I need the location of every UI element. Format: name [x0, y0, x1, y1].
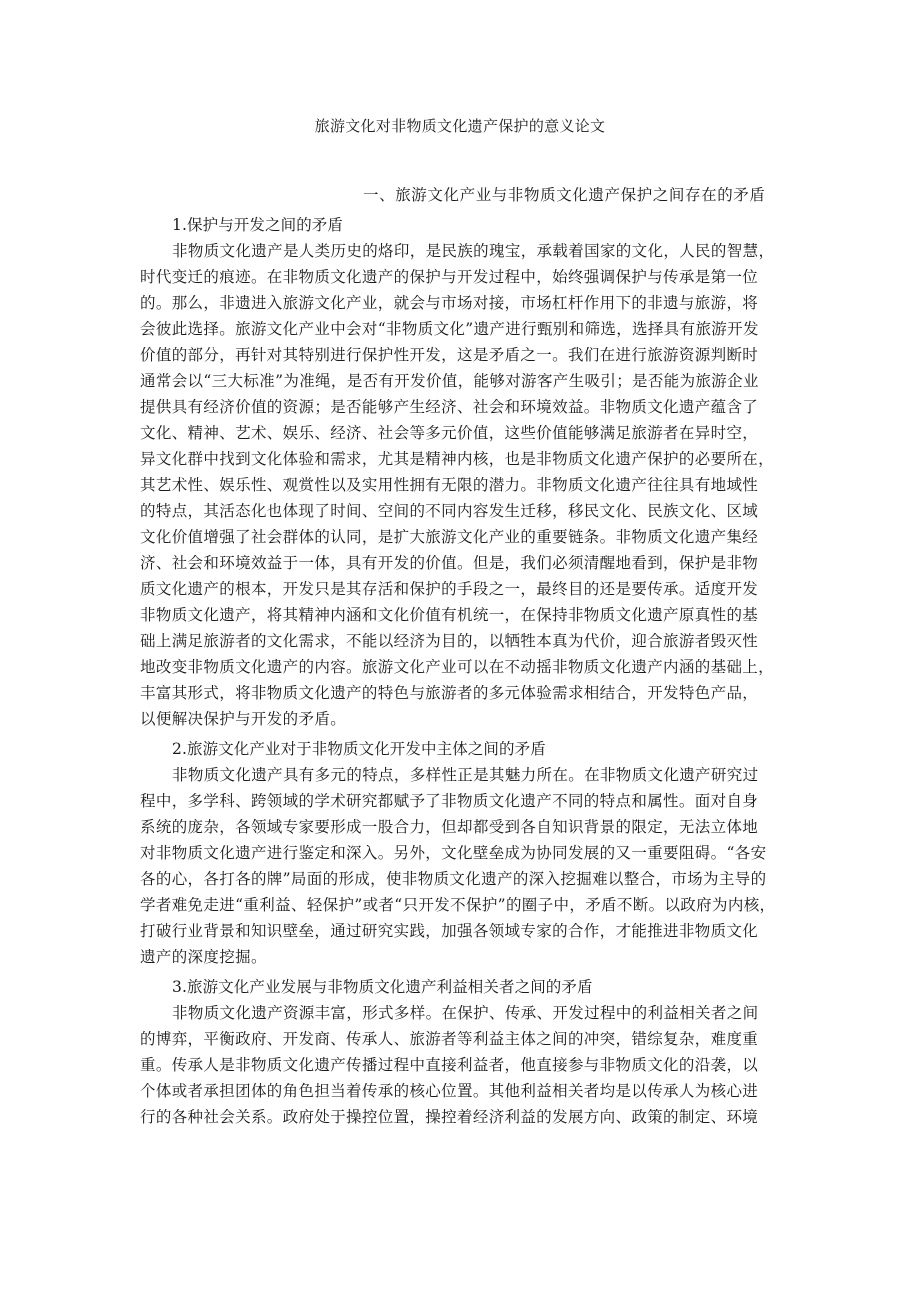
- subsection-heading-1: 1.保护与开发之间的矛盾: [140, 212, 790, 238]
- section-heading: 一、旅游文化产业与非物质文化遗产保护之间存在的矛盾: [363, 184, 766, 206]
- document-title: 旅游文化对非物质文化遗产保护的意义论文: [0, 116, 920, 136]
- paragraph-line: 非物质文化遗产是人类历史的烙印，是民族的瑰宝，承载着国家的文化，人民的智慧，: [140, 238, 790, 264]
- paragraph-line: 系统的庞杂，各领域专家要形成一股合力，但却都受到各自知识背景的限定，无法立体地: [140, 814, 790, 840]
- paragraph-line: 异文化群中找到文化体验和需求，尤其是精神内核，也是非物质文化遗产保护的必要所在，: [140, 446, 790, 472]
- paragraph-line: 打破行业背景和知识壁垒，通过研究实践，加强各领域专家的合作，才能推进非物质文化: [140, 918, 790, 944]
- paragraph-line: 对非物质文化遗产进行鉴定和深入。另外，文化壁垒成为协同发展的又一重要阻碍。“各安: [140, 840, 790, 866]
- paragraph-line: 地改变非物质文化遗产的内容。旅游文化产业可以在不动摇非物质文化遗产内涵的基础上，: [140, 654, 790, 680]
- paragraph-line: 重。传承人是非物质文化遗产传播过程中直接利益者，他直接参与非物质文化的沿袭，以: [140, 1052, 790, 1078]
- paragraph-line: 文化价值增强了社会群体的认同，是扩大旅游文化产业的重要链条。非物质文化遗产集经: [140, 524, 790, 550]
- paragraph-line: 非物质文化遗产，将其精神内涵和文化价值有机统一，在保持非物质文化遗产原真性的基: [140, 602, 790, 628]
- paragraph-line: 质文化遗产的根本，开发只是其存活和保护的手段之一，最终目的还是要传承。适度开发: [140, 576, 790, 602]
- document-body: 1.保护与开发之间的矛盾 非物质文化遗产是人类历史的烙印，是民族的瑰宝，承载着国…: [140, 212, 790, 1130]
- paragraph-line: 非物质文化遗产具有多元的特点，多样性正是其魅力所在。在非物质文化遗产研究过: [140, 762, 790, 788]
- paragraph-line: 非物质文化遗产资源丰富，形式多样。在保护、传承、开发过程中的利益相关者之间: [140, 1000, 790, 1026]
- paragraph-line: 以便解决保护与开发的矛盾。: [140, 706, 790, 732]
- paragraph-line: 的。那么，非遗进入旅游文化产业，就会与市场对接，市场杠杆作用下的非遗与旅游，将: [140, 290, 790, 316]
- paragraph-line: 丰富其形式，将非物质文化遗产的特色与旅游者的多元体验需求相结合，开发特色产品，: [140, 680, 790, 706]
- paragraph-line: 的博弈，平衡政府、开发商、传承人、旅游者等利益主体之间的冲突，错综复杂，难度重: [140, 1026, 790, 1052]
- paragraph-line: 文化、精神、艺术、娱乐、经济、社会等多元价值，这些价值能够满足旅游者在异时空，: [140, 420, 790, 446]
- paragraph-line: 各的心，各打各的牌”局面的形成，使非物质文化遗产的深入挖掘难以整合，市场为主导的: [140, 866, 790, 892]
- subsection-heading-2: 2.旅游文化产业对于非物质文化开发中主体之间的矛盾: [140, 736, 790, 762]
- paragraph-line: 其艺术性、娱乐性、观赏性以及实用性拥有无限的潜力。非物质文化遗产往往具有地域性: [140, 472, 790, 498]
- paragraph-line: 个体或者承担团体的角色担当着传承的核心位置。其他利益相关者均是以传承人为核心进: [140, 1078, 790, 1104]
- paragraph-line: 时代变迁的痕迹。在非物质文化遗产的保护与开发过程中，始终强调保护与传承是第一位: [140, 264, 790, 290]
- paragraph-line: 学者难免走进“重利益、轻保护”或者“只开发不保护”的圈子中，矛盾不断。以政府为内…: [140, 892, 790, 918]
- paragraph-line: 遗产的深度挖掘。: [140, 944, 790, 970]
- paragraph-line: 价值的部分，再针对其特别进行保护性开发，这是矛盾之一。我们在进行旅游资源判断时: [140, 342, 790, 368]
- paragraph-line: 程中，多学科、跨领域的学术研究都赋予了非物质文化遗产不同的特点和属性。面对自身: [140, 788, 790, 814]
- paragraph-line: 通常会以“三大标准”为准绳，是否有开发价值，能够对游客产生吸引；是否能为旅游企业: [140, 368, 790, 394]
- paragraph-line: 提供具有经济价值的资源；是否能够产生经济、社会和环境效益。非物质文化遗产蕴含了: [140, 394, 790, 420]
- document-page: 旅游文化对非物质文化遗产保护的意义论文 一、旅游文化产业与非物质文化遗产保护之间…: [0, 0, 920, 1302]
- paragraph-line: 会彼此选择。旅游文化产业中会对“非物质文化”遗产进行甄别和筛选，选择具有旅游开发: [140, 316, 790, 342]
- paragraph-line: 础上满足旅游者的文化需求，不能以经济为目的，以牺牲本真为代价，迎合旅游者毁灭性: [140, 628, 790, 654]
- paragraph-line: 的特点，其活态化也体现了时间、空间的不同内容发生迁移，移民文化、民族文化、区域: [140, 498, 790, 524]
- paragraph-line: 济、社会和环境效益于一体，具有开发的价值。但是，我们必须清醒地看到，保护是非物: [140, 550, 790, 576]
- subsection-heading-3: 3.旅游文化产业发展与非物质文化遗产利益相关者之间的矛盾: [140, 974, 790, 1000]
- paragraph-line: 行的各种社会关系。政府处于操控位置，操控着经济利益的发展方向、政策的制定、环境: [140, 1104, 790, 1130]
